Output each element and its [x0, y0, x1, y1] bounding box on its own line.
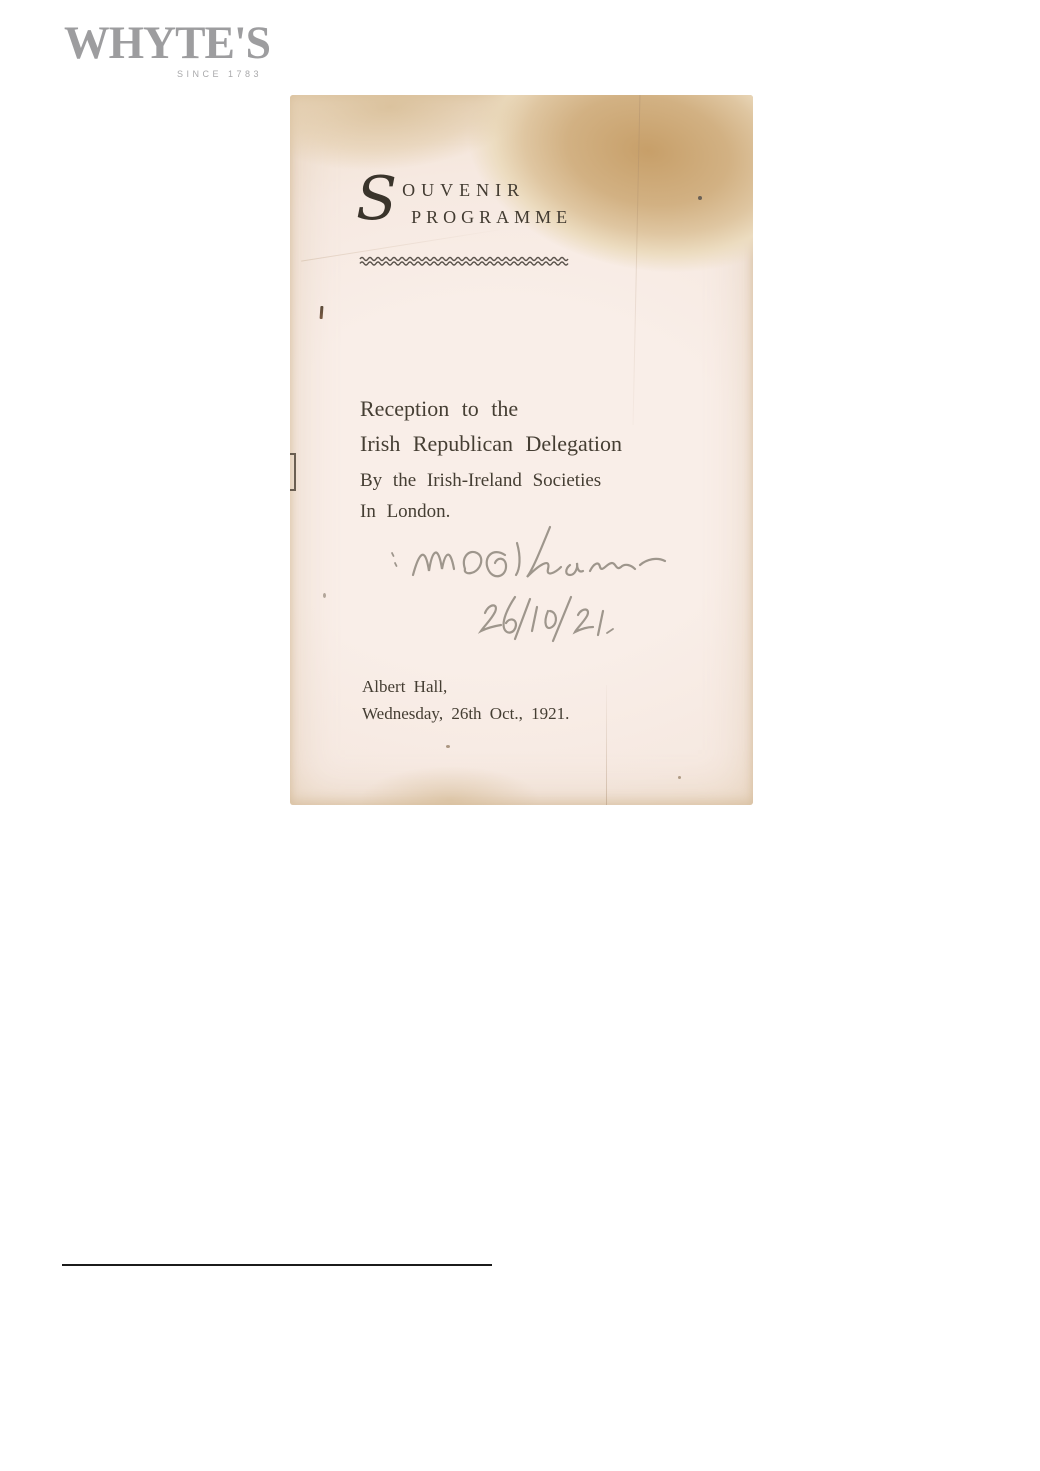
venue-line: Wednesday, 26th Oct., 1921.	[362, 700, 569, 727]
programme-scan-image: S OUVENIR PROGRAMME Reception to the Iri…	[290, 95, 753, 805]
venue-line: Albert Hall,	[362, 673, 569, 700]
paper-crease	[606, 685, 607, 805]
staple-binding-mark	[290, 453, 296, 491]
paper-speck	[323, 593, 326, 598]
footnote-rule	[62, 1264, 492, 1266]
programme-body-text: Reception to the Irish Republican Delega…	[360, 391, 622, 527]
logo-tagline-text: SINCE 1783	[64, 69, 264, 79]
programme-title: S OUVENIR PROGRAMME	[356, 171, 572, 228]
wavy-divider	[358, 255, 572, 271]
venue-text: Albert Hall, Wednesday, 26th Oct., 1921.	[362, 673, 569, 727]
paper-speck	[698, 196, 702, 200]
title-line-programme: PROGRAMME	[411, 207, 572, 228]
paper-stain-bottom	[330, 755, 570, 805]
body-line: By the Irish-Ireland Societies	[360, 465, 622, 496]
body-line: Reception to the	[360, 391, 622, 426]
paper-ink-mark	[320, 306, 324, 319]
pencil-signature-and-date	[385, 513, 685, 663]
title-initial-letter: S	[356, 171, 397, 228]
title-line-souvenir: OUVENIR	[402, 180, 572, 201]
paper-speck	[678, 776, 681, 779]
logo-brand-text: WHYTE'S	[64, 20, 258, 67]
body-line: Irish Republican Delegation	[360, 426, 622, 461]
paper-speck	[446, 745, 450, 748]
whytes-logo: WHYTE'S SINCE 1783	[64, 20, 264, 79]
